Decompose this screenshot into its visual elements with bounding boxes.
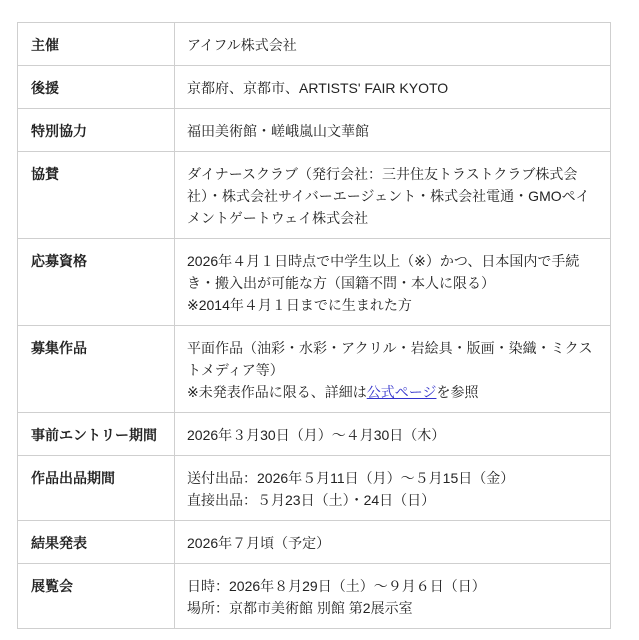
value-text: 福田美術館・嵯峨嵐山文華館 xyxy=(187,123,369,139)
table-row: 事前エントリー期間 2026年３月30日（月）〜４月30日（木） xyxy=(18,413,610,456)
value-line: ダイナースクラブ（発行会社：三井住友トラストクラブ株式会社）・株式会社サイバーエ… xyxy=(187,163,598,229)
value-line: 日時：2026年８月29日（土）〜９月６日（日） xyxy=(187,575,598,597)
event-info-table: 主催 アイフル株式会社 後援 京都府、京都市、ARTISTS' FAIR KYO… xyxy=(17,22,611,629)
row-label: 後援 xyxy=(18,66,175,108)
row-value: 福田美術館・嵯峨嵐山文華館 xyxy=(175,109,610,151)
table-row: 展覧会 日時：2026年８月29日（土）〜９月６日（日）場所：京都市美術館 別館… xyxy=(18,564,610,628)
value-line: 直接出品：５月23日（土）・24日（日） xyxy=(187,489,598,511)
value-text: 直接出品：５月23日（土）・24日（日） xyxy=(187,492,435,508)
value-line: 場所：京都市美術館 別館 第2展示室 xyxy=(187,597,598,619)
row-label: 作品出品期間 xyxy=(18,456,175,520)
row-value: アイフル株式会社 xyxy=(175,23,610,65)
value-line: アイフル株式会社 xyxy=(187,34,598,56)
table-row: 後援 京都府、京都市、ARTISTS' FAIR KYOTO xyxy=(18,66,610,109)
table-row: 主催 アイフル株式会社 xyxy=(18,23,610,66)
row-value: 送付出品：2026年５月11日（月）〜５月15日（金）直接出品：５月23日（土）… xyxy=(175,456,610,520)
row-label: 募集作品 xyxy=(18,326,175,412)
value-line: 2026年４月１日時点で中学生以上（※）かつ、日本国内で手続き・搬入出が可能な方… xyxy=(187,250,598,294)
value-line: 京都府、京都市、ARTISTS' FAIR KYOTO xyxy=(187,77,598,99)
row-value: 日時：2026年８月29日（土）〜９月６日（日）場所：京都市美術館 別館 第2展… xyxy=(175,564,610,628)
value-text: 場所：京都市美術館 別館 第2展示室 xyxy=(187,600,413,616)
value-line: ※未発表作品に限る、詳細は公式ページを参照 xyxy=(187,381,598,403)
value-text: 送付出品：2026年５月11日（月）〜５月15日（金） xyxy=(187,470,514,486)
table-row: 募集作品 平面作品（油彩・水彩・アクリル・岩絵具・版画・染織・ミクストメディア等… xyxy=(18,326,610,413)
value-text: 2026年４月１日時点で中学生以上（※）かつ、日本国内で手続き・搬入出が可能な方… xyxy=(187,253,579,291)
row-label: 事前エントリー期間 xyxy=(18,413,175,455)
row-value: 京都府、京都市、ARTISTS' FAIR KYOTO xyxy=(175,66,610,108)
value-line: 平面作品（油彩・水彩・アクリル・岩絵具・版画・染織・ミクストメディア等） xyxy=(187,337,598,381)
table-row: 応募資格 2026年４月１日時点で中学生以上（※）かつ、日本国内で手続き・搬入出… xyxy=(18,239,610,326)
table-row: 協賛 ダイナースクラブ（発行会社：三井住友トラストクラブ株式会社）・株式会社サイ… xyxy=(18,152,610,239)
value-text: ※2014年４月１日までに生まれた方 xyxy=(187,297,412,313)
row-label: 特別協力 xyxy=(18,109,175,151)
row-value: 2026年４月１日時点で中学生以上（※）かつ、日本国内で手続き・搬入出が可能な方… xyxy=(175,239,610,325)
table-row: 特別協力 福田美術館・嵯峨嵐山文華館 xyxy=(18,109,610,152)
row-label: 応募資格 xyxy=(18,239,175,325)
value-text: 京都府、京都市、ARTISTS' FAIR KYOTO xyxy=(187,80,448,96)
value-text: ※未発表作品に限る、詳細は xyxy=(187,384,367,400)
value-text: 平面作品（油彩・水彩・アクリル・岩絵具・版画・染織・ミクストメディア等） xyxy=(187,340,592,378)
value-line: 福田美術館・嵯峨嵐山文華館 xyxy=(187,120,598,142)
value-text: ダイナースクラブ（発行会社：三井住友トラストクラブ株式会社）・株式会社サイバーエ… xyxy=(187,166,590,226)
value-line: 2026年３月30日（月）〜４月30日（木） xyxy=(187,424,598,446)
row-value: 2026年３月30日（月）〜４月30日（木） xyxy=(175,413,610,455)
table-row: 結果発表 2026年７月頃（予定） xyxy=(18,521,610,564)
value-text: 日時：2026年８月29日（土）〜９月６日（日） xyxy=(187,578,486,594)
row-value: 平面作品（油彩・水彩・アクリル・岩絵具・版画・染織・ミクストメディア等）※未発表… xyxy=(175,326,610,412)
row-label: 結果発表 xyxy=(18,521,175,563)
value-text: 2026年７月頃（予定） xyxy=(187,535,330,551)
value-text: アイフル株式会社 xyxy=(187,37,297,53)
row-value: 2026年７月頃（予定） xyxy=(175,521,610,563)
row-label: 協賛 xyxy=(18,152,175,238)
value-line: 送付出品：2026年５月11日（月）〜５月15日（金） xyxy=(187,467,598,489)
value-text: を参照 xyxy=(436,384,478,400)
value-text: 2026年３月30日（月）〜４月30日（木） xyxy=(187,427,445,443)
row-label: 主催 xyxy=(18,23,175,65)
row-value: ダイナースクラブ（発行会社：三井住友トラストクラブ株式会社）・株式会社サイバーエ… xyxy=(175,152,610,238)
table-row: 作品出品期間 送付出品：2026年５月11日（月）〜５月15日（金）直接出品：５… xyxy=(18,456,610,521)
value-line: ※2014年４月１日までに生まれた方 xyxy=(187,294,598,316)
row-label: 展覧会 xyxy=(18,564,175,628)
value-line: 2026年７月頃（予定） xyxy=(187,532,598,554)
official-page-link[interactable]: 公式ページ xyxy=(367,384,437,400)
page: 主催 アイフル株式会社 後援 京都府、京都市、ARTISTS' FAIR KYO… xyxy=(0,0,639,640)
